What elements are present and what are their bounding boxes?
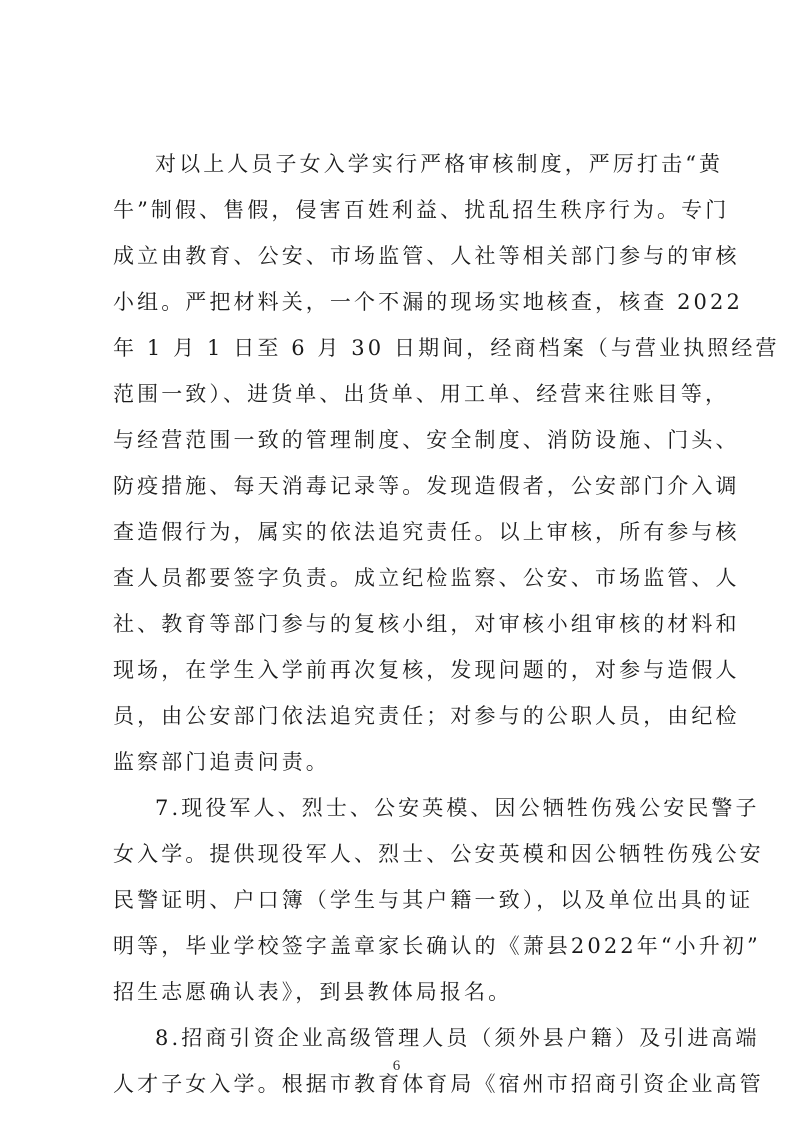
text-line: 招生志愿确认表》，到县教体局报名。 — [113, 978, 713, 1006]
list-item-7-heading: 7.现役军人、烈士、公安英模、因公牺牲伤残公安民警子 — [155, 794, 713, 822]
text-line: 明等，毕业学校签字盖章家长确认的《萧县2022年“小升初” — [113, 932, 713, 960]
text-line: 与经营范围一致的管理制度、安全制度、消防设施、门头、 — [113, 426, 713, 454]
text-line: 查人员都要签字负责。成立纪检监察、公安、市场监管、人 — [113, 564, 713, 592]
text-line: 现场，在学生入学前再次复核，发现问题的，对参与造假人 — [113, 656, 713, 684]
text-line: 范围一致）、进货单、出货单、用工单、经营来往账目等， — [113, 380, 713, 408]
text-line: 监察部门追责问责。 — [113, 748, 713, 776]
text-line: 民警证明、户口簿（学生与其户籍一致），以及单位出具的证 — [113, 886, 713, 914]
text-line: 女入学。提供现役军人、烈士、公安英模和因公牺牲伤残公安 — [113, 840, 713, 868]
text-line: 年 1 月 1 日至 6 月 30 日期间，经商档案（与营业执照经营 — [113, 334, 713, 362]
page-number: 6 — [0, 1058, 793, 1075]
text-line: 对以上人员子女入学实行严格审核制度，严厉打击“黄 — [155, 150, 713, 178]
text-line: 小组。严把材料关，一个不漏的现场实地核查，核查 2022 — [113, 288, 713, 316]
document-page: 对以上人员子女入学实行严格审核制度，严厉打击“黄 牛”制假、售假，侵害百姓利益、… — [0, 0, 793, 1122]
list-item-8-heading: 8.招商引资企业高级管理人员（须外县户籍）及引进高端 — [155, 1024, 713, 1052]
text-line: 查造假行为，属实的依法追究责任。以上审核，所有参与核 — [113, 518, 713, 546]
text-line: 防疫措施、每天消毒记录等。发现造假者，公安部门介入调 — [113, 472, 713, 500]
text-line: 员，由公安部门依法追究责任；对参与的公职人员，由纪检 — [113, 702, 713, 730]
text-line: 社、教育等部门参与的复核小组，对审核小组审核的材料和 — [113, 610, 713, 638]
text-line: 牛”制假、售假，侵害百姓利益、扰乱招生秩序行为。专门 — [113, 196, 713, 224]
text-line: 成立由教育、公安、市场监管、人社等相关部门参与的审核 — [113, 242, 713, 270]
